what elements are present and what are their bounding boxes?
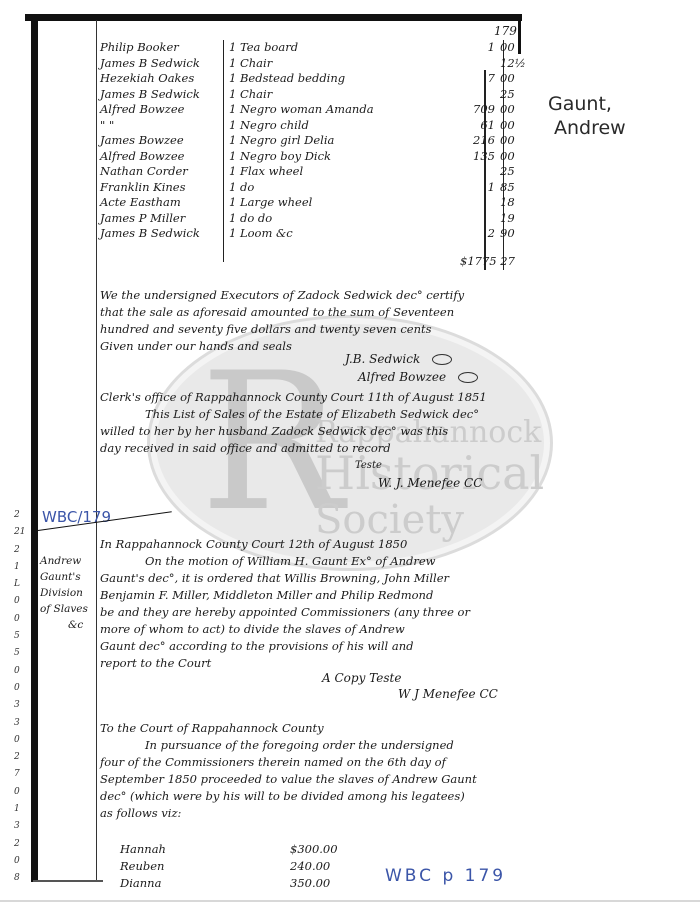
sale-row: Alfred Bowzee1 Negro woman Amanda70900 xyxy=(100,102,525,118)
amount-cents: 00 xyxy=(500,40,515,54)
total-dollars: 1775 xyxy=(467,254,496,268)
certification-line: Given under our hands and seals xyxy=(100,338,530,355)
amount-cents: 00 xyxy=(500,71,515,85)
margin-digit: 0 xyxy=(14,853,25,870)
margin-digit: 1 xyxy=(14,559,25,576)
buyer-name: James B Sedwick xyxy=(100,56,200,70)
court-order-text: In Rappahannock County Court 12th of Aug… xyxy=(100,536,530,672)
margin-digit: 21 xyxy=(14,524,25,541)
index-note: Gaunt, Andrew xyxy=(548,92,626,140)
certification-line: hundred and seventy five dollars and twe… xyxy=(100,321,530,338)
sale-total: $1775 27 xyxy=(460,254,515,268)
margin-digit: 0 xyxy=(14,611,25,628)
buyer-name: " " xyxy=(100,118,114,132)
margin-digits: 22121L00550033027013208 xyxy=(14,507,25,888)
valuation-row: Dianna350.00 xyxy=(120,876,370,893)
certification-line: We the undersigned Executors of Zadock S… xyxy=(100,287,530,304)
court-order-line: On the motion of William H. Gaunt Ex° of… xyxy=(100,553,530,570)
report-line: four of the Commissioners therein named … xyxy=(100,754,530,771)
valuation-amount: 350.00 xyxy=(290,876,330,890)
item-description: 1 do xyxy=(229,180,254,194)
report-line: In pursuance of the foregoing order the … xyxy=(100,737,530,754)
valuation-amount: $300.00 xyxy=(290,842,338,856)
margin-digit: 3 xyxy=(14,818,25,835)
clerk-record-line: Clerk's office of Rappahannock County Co… xyxy=(100,389,530,406)
clerk-record-line: This List of Sales of the Estate of Eliz… xyxy=(100,406,530,423)
sale-row: James Bowzee1 Negro girl Delia21600 xyxy=(100,133,525,149)
buyer-name: Nathan Corder xyxy=(100,164,188,178)
buyer-name: Franklin Kines xyxy=(100,180,186,194)
buyer-name: James P Miller xyxy=(100,211,185,225)
amount-dollars: 61 xyxy=(480,118,495,132)
signature-text: Alfred Bowzee xyxy=(358,370,446,384)
item-description: 1 Negro child xyxy=(229,118,309,132)
amount-cents: 00 xyxy=(500,133,515,147)
item-description: 1 Negro boy Dick xyxy=(229,149,331,163)
sale-row: Philip Booker1 Tea board100 xyxy=(100,40,525,56)
sale-row: " "1 Negro child6100 xyxy=(100,118,525,134)
margin-note-line: of Slaves xyxy=(40,601,88,617)
court-order-line: more of whom to act) to divide the slave… xyxy=(100,621,530,638)
item-description: 1 Bedstead bedding xyxy=(229,71,345,85)
item-description: 1 Flax wheel xyxy=(229,164,303,178)
total-cents: 27 xyxy=(500,254,515,268)
sale-row: Acte Eastham1 Large wheel18 xyxy=(100,195,525,211)
teste-label: Teste xyxy=(355,460,382,471)
report-line: dec° (which were by his will to be divid… xyxy=(100,788,530,805)
margin-digit: 0 xyxy=(14,784,25,801)
watermark-line-3: Society xyxy=(315,500,464,540)
amount-dollars: 2 xyxy=(488,226,495,240)
court-order-line: Gaunt dec° according to the provisions o… xyxy=(100,638,530,655)
amount-cents: 12½ xyxy=(500,56,526,70)
sale-row: James B Sedwick1 Chair25 xyxy=(100,87,525,103)
margin-digit: 0 xyxy=(14,680,25,697)
buyer-name: Alfred Bowzee xyxy=(100,149,184,163)
amount-cents: 25 xyxy=(500,164,515,178)
report-line: September 1850 proceeded to value the sl… xyxy=(100,771,530,788)
signature-text: J.B. Sedwick xyxy=(345,352,420,366)
margin-digit: 5 xyxy=(14,645,25,662)
sale-row: Alfred Bowzee1 Negro boy Dick13500 xyxy=(100,149,525,165)
valuation-name: Hannah xyxy=(120,842,166,856)
amount-cents: 00 xyxy=(500,118,515,132)
margin-note-line: Division xyxy=(40,585,88,601)
report-line: as follows viz: xyxy=(100,805,530,822)
buyer-name: James B Sedwick xyxy=(100,87,200,101)
clerk-record-line: day received in said office and admitted… xyxy=(100,440,530,457)
certification-line: that the sale as aforesaid amounted to t… xyxy=(100,304,530,321)
amount-cents: 00 xyxy=(500,102,515,116)
margin-rule xyxy=(96,20,97,882)
buyer-name: Hezekiah Oakes xyxy=(100,71,194,85)
page-number: 179 xyxy=(494,24,517,38)
sale-list-table: Philip Booker1 Tea board100James B Sedwi… xyxy=(100,40,525,242)
certification-text: We the undersigned Executors of Zadock S… xyxy=(100,287,530,355)
bottom-rule xyxy=(33,880,103,882)
court-order-line: be and they are hereby appointed Commiss… xyxy=(100,604,530,621)
executor-signature-2: Alfred Bowzee xyxy=(358,370,478,384)
sale-row: James P Miller1 do do19 xyxy=(100,211,525,227)
index-surname: Gaunt, xyxy=(548,92,626,116)
margin-digit: 2 xyxy=(14,542,25,559)
seal-icon xyxy=(458,372,478,383)
item-description: 1 Negro woman Amanda xyxy=(229,102,374,116)
margin-digit: 1 xyxy=(14,801,25,818)
amount-cents: 00 xyxy=(500,149,515,163)
document-page: R Rappahannock Historical Society 179 Ph… xyxy=(0,0,700,906)
clerk-record-text: Clerk's office of Rappahannock County Co… xyxy=(100,389,530,457)
amount-dollars: 709 xyxy=(473,102,495,116)
scan-edge xyxy=(0,900,700,902)
index-given-name: Andrew xyxy=(548,116,626,140)
court-clerk-signature: W J Menefee CC xyxy=(398,687,498,701)
slave-valuation-list: Hannah$300.00Reuben240.00Dianna350.00 xyxy=(120,842,370,893)
court-order-line: Gaunt's dec°, it is ordered that Willis … xyxy=(100,570,530,587)
margin-digit: 5 xyxy=(14,628,25,645)
court-order-line: In Rappahannock County Court 12th of Aug… xyxy=(100,536,530,553)
margin-digit: 3 xyxy=(14,697,25,714)
amount-dollars: 216 xyxy=(473,133,495,147)
margin-digit: 8 xyxy=(14,870,25,887)
item-description: 1 Chair xyxy=(229,56,272,70)
sale-row: Nathan Corder1 Flax wheel25 xyxy=(100,164,525,180)
margin-digit: 0 xyxy=(14,663,25,680)
margin-digit: 7 xyxy=(14,766,25,783)
valuation-name: Dianna xyxy=(120,876,161,890)
valuation-amount: 240.00 xyxy=(290,859,330,873)
buyer-name: Philip Booker xyxy=(100,40,179,54)
amount-cents: 18 xyxy=(500,195,515,209)
margin-digit: 2 xyxy=(14,749,25,766)
item-description: 1 Chair xyxy=(229,87,272,101)
item-description: 1 Large wheel xyxy=(229,195,312,209)
amount-cents: 19 xyxy=(500,211,515,225)
sale-row: Franklin Kines1 do185 xyxy=(100,180,525,196)
margin-digit: 0 xyxy=(14,593,25,610)
valuation-row: Reuben240.00 xyxy=(120,859,370,876)
buyer-name: Acte Eastham xyxy=(100,195,181,209)
court-order-line: Benjamin F. Miller, Middleton Miller and… xyxy=(100,587,530,604)
sale-row: James B Sedwick1 Loom &c290 xyxy=(100,226,525,242)
citation-bottom-annotation: WBC p 179 xyxy=(385,866,506,886)
item-description: 1 Negro girl Delia xyxy=(229,133,334,147)
amount-cents: 25 xyxy=(500,87,515,101)
buyer-name: Alfred Bowzee xyxy=(100,102,184,116)
citation-side-annotation: WBC/179 xyxy=(42,508,111,526)
valuation-row: Hannah$300.00 xyxy=(120,842,370,859)
seal-icon xyxy=(432,354,452,365)
clerk-record-line: willed to her by her husband Zadock Sedw… xyxy=(100,423,530,440)
court-order-line: report to the Court xyxy=(100,655,530,672)
amount-cents: 85 xyxy=(500,180,515,194)
commissioners-report-text: To the Court of Rappahannock County In p… xyxy=(100,720,530,822)
ledger-top-border xyxy=(25,14,522,21)
buyer-name: James B Sedwick xyxy=(100,226,200,240)
clerk-signature: W. J. Menefee CC xyxy=(378,476,482,490)
margin-note-line: &c xyxy=(40,617,88,633)
item-description: 1 do do xyxy=(229,211,272,225)
attest-label: A Copy Teste xyxy=(322,671,401,685)
amount-dollars: 1 xyxy=(488,40,495,54)
report-line: To the Court of Rappahannock County xyxy=(100,720,530,737)
margin-digit: 2 xyxy=(14,836,25,853)
valuation-name: Reuben xyxy=(120,859,164,873)
margin-note-line: Andrew xyxy=(40,553,88,569)
margin-note-line: Gaunt's xyxy=(40,569,88,585)
amount-dollars: 1 xyxy=(488,180,495,194)
amount-dollars: 7 xyxy=(488,71,495,85)
margin-digit: 2 xyxy=(14,507,25,524)
executor-signature-1: J.B. Sedwick xyxy=(345,352,452,366)
item-description: 1 Loom &c xyxy=(229,226,293,240)
buyer-name: James Bowzee xyxy=(100,133,184,147)
ledger-binding-edge xyxy=(31,14,38,882)
margin-digit: 3 xyxy=(14,715,25,732)
margin-digit: 0 xyxy=(14,732,25,749)
margin-digit: L xyxy=(14,576,25,593)
sale-row: James B Sedwick1 Chair12½ xyxy=(100,56,525,72)
amount-cents: 90 xyxy=(500,226,515,240)
margin-note: Andrew Gaunt's Division of Slaves &c xyxy=(40,553,88,633)
amount-dollars: 135 xyxy=(473,149,495,163)
item-description: 1 Tea board xyxy=(229,40,298,54)
sale-row: Hezekiah Oakes1 Bedstead bedding700 xyxy=(100,71,525,87)
